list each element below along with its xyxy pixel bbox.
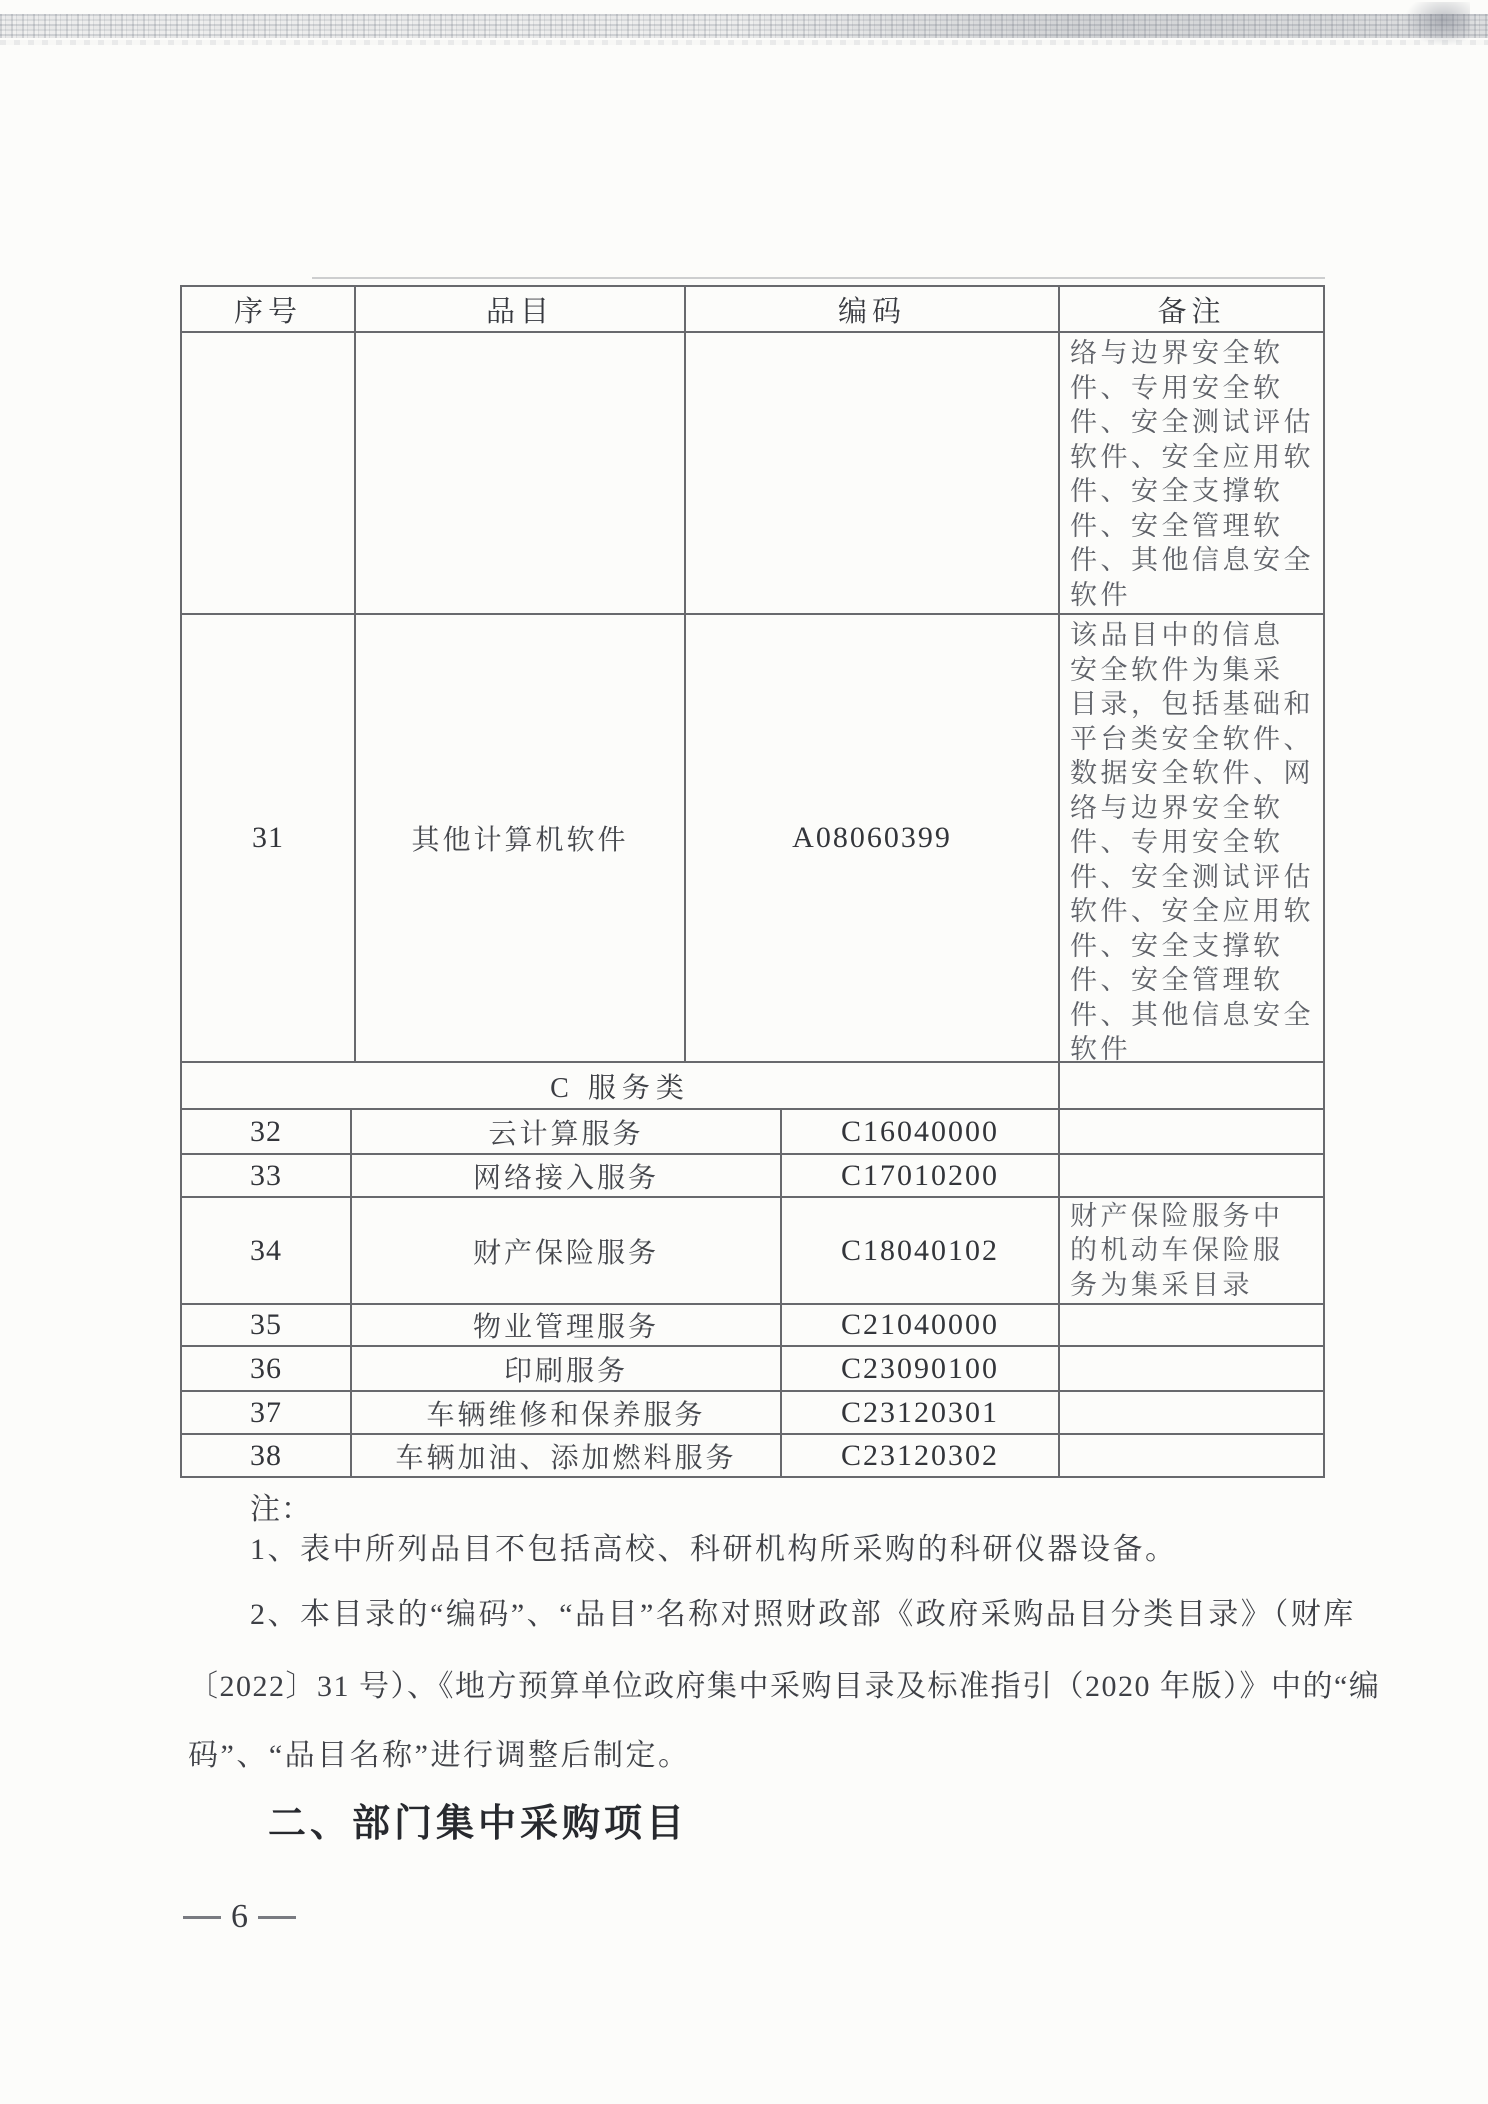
column-header-remark: 备注 xyxy=(1060,287,1323,333)
cell-code-35: C21040000 xyxy=(782,1305,1060,1347)
procurement-table-lower: C 服务类 32 云计算服务 C16040000 33 网络接入服务 C1701… xyxy=(180,1063,1325,1478)
cell-item-34: 财产保险服务 xyxy=(352,1198,782,1305)
cell-serial-37: 37 xyxy=(182,1392,352,1435)
cell-code-38: C23120302 xyxy=(782,1435,1060,1476)
cell-serial-35: 35 xyxy=(182,1305,352,1347)
column-header-serial: 序号 xyxy=(182,287,356,333)
page-number: 6 xyxy=(183,1898,296,1936)
cell-remark-section xyxy=(1060,1063,1323,1110)
cell-serial-empty xyxy=(182,333,356,615)
page-number-dash-right xyxy=(258,1916,296,1919)
cell-remark-continuation: 络与边界安全软 件、专用安全软 件、安全测试评估 软件、安全应用软 件、安全支撑… xyxy=(1060,333,1323,615)
scanner-smudge xyxy=(1404,2,1470,46)
cell-code-36: C23090100 xyxy=(782,1347,1060,1392)
cell-remark-34: 财产保险服务中 的机动车保险服 务为集采目录 xyxy=(1060,1198,1323,1305)
cell-item-36: 印刷服务 xyxy=(352,1347,782,1392)
cell-item-37: 车辆维修和保养服务 xyxy=(352,1392,782,1435)
cell-item-empty xyxy=(356,333,686,615)
column-header-code: 编码 xyxy=(686,287,1060,333)
cell-remark-35 xyxy=(1060,1305,1323,1347)
cell-remark-37 xyxy=(1060,1392,1323,1435)
procurement-table-upper: 序号 品目 编码 备注 络与边界安全软 件、专用安全软 件、安全测试评估 软件、… xyxy=(180,285,1325,1063)
cell-item-38: 车辆加油、添加燃料服务 xyxy=(352,1435,782,1476)
cell-item-32: 云计算服务 xyxy=(352,1110,782,1155)
cell-code-37: C23120301 xyxy=(782,1392,1060,1435)
cell-remark-33 xyxy=(1060,1155,1323,1198)
section-heading: 二、部门集中采购项目 xyxy=(268,1792,688,1847)
cell-remark-31: 该品目中的信息 安全软件为集采 目录，包括基础和 平台类安全软件、 数据安全软件… xyxy=(1060,615,1323,1061)
page-number-value: 6 xyxy=(231,1898,248,1936)
note-line-2c: 码”、“品目名称”进行调整后制定。 xyxy=(188,1730,690,1774)
cell-item-33: 网络接入服务 xyxy=(352,1155,782,1198)
cell-item-31: 其他计算机软件 xyxy=(356,615,686,1061)
cell-code-31: A08060399 xyxy=(686,615,1060,1061)
cell-remark-38 xyxy=(1060,1435,1323,1476)
cell-code-33: C17010200 xyxy=(782,1155,1060,1198)
section-row-services: C 服务类 xyxy=(182,1063,1060,1110)
column-header-item: 品目 xyxy=(356,287,686,333)
cell-item-35: 物业管理服务 xyxy=(352,1305,782,1347)
cell-serial-38: 38 xyxy=(182,1435,352,1476)
scanner-artifact-band-secondary xyxy=(0,40,1488,45)
cell-serial-34: 34 xyxy=(182,1198,352,1305)
cell-code-32: C16040000 xyxy=(782,1110,1060,1155)
page-number-dash-left xyxy=(183,1916,221,1919)
scanner-artifact-band xyxy=(0,14,1488,38)
cell-serial-33: 33 xyxy=(182,1155,352,1198)
cell-serial-36: 36 xyxy=(182,1347,352,1392)
cell-code-34: C18040102 xyxy=(782,1198,1060,1305)
note-line-2b: 〔2022〕31 号）、《地方预算单位政府集中采购目录及标准指引（2020 年版… xyxy=(188,1661,1380,1705)
note-line-2a: 2、本目录的“编码”、“品目”名称对照财政部《政府采购品目分类目录》（财库 xyxy=(250,1589,1356,1633)
notes-label: 注： xyxy=(250,1484,312,1528)
note-line-1: 1、表中所列品目不包括高校、科研机构所采购的科研仪器设备。 xyxy=(250,1524,1178,1568)
cell-serial-32: 32 xyxy=(182,1110,352,1155)
scanned-document-page: 序号 品目 编码 备注 络与边界安全软 件、专用安全软 件、安全测试评估 软件、… xyxy=(0,0,1488,2104)
cell-serial-31: 31 xyxy=(182,615,356,1061)
cell-remark-32 xyxy=(1060,1110,1323,1155)
cell-code-empty xyxy=(686,333,1060,615)
cell-remark-36 xyxy=(1060,1347,1323,1392)
